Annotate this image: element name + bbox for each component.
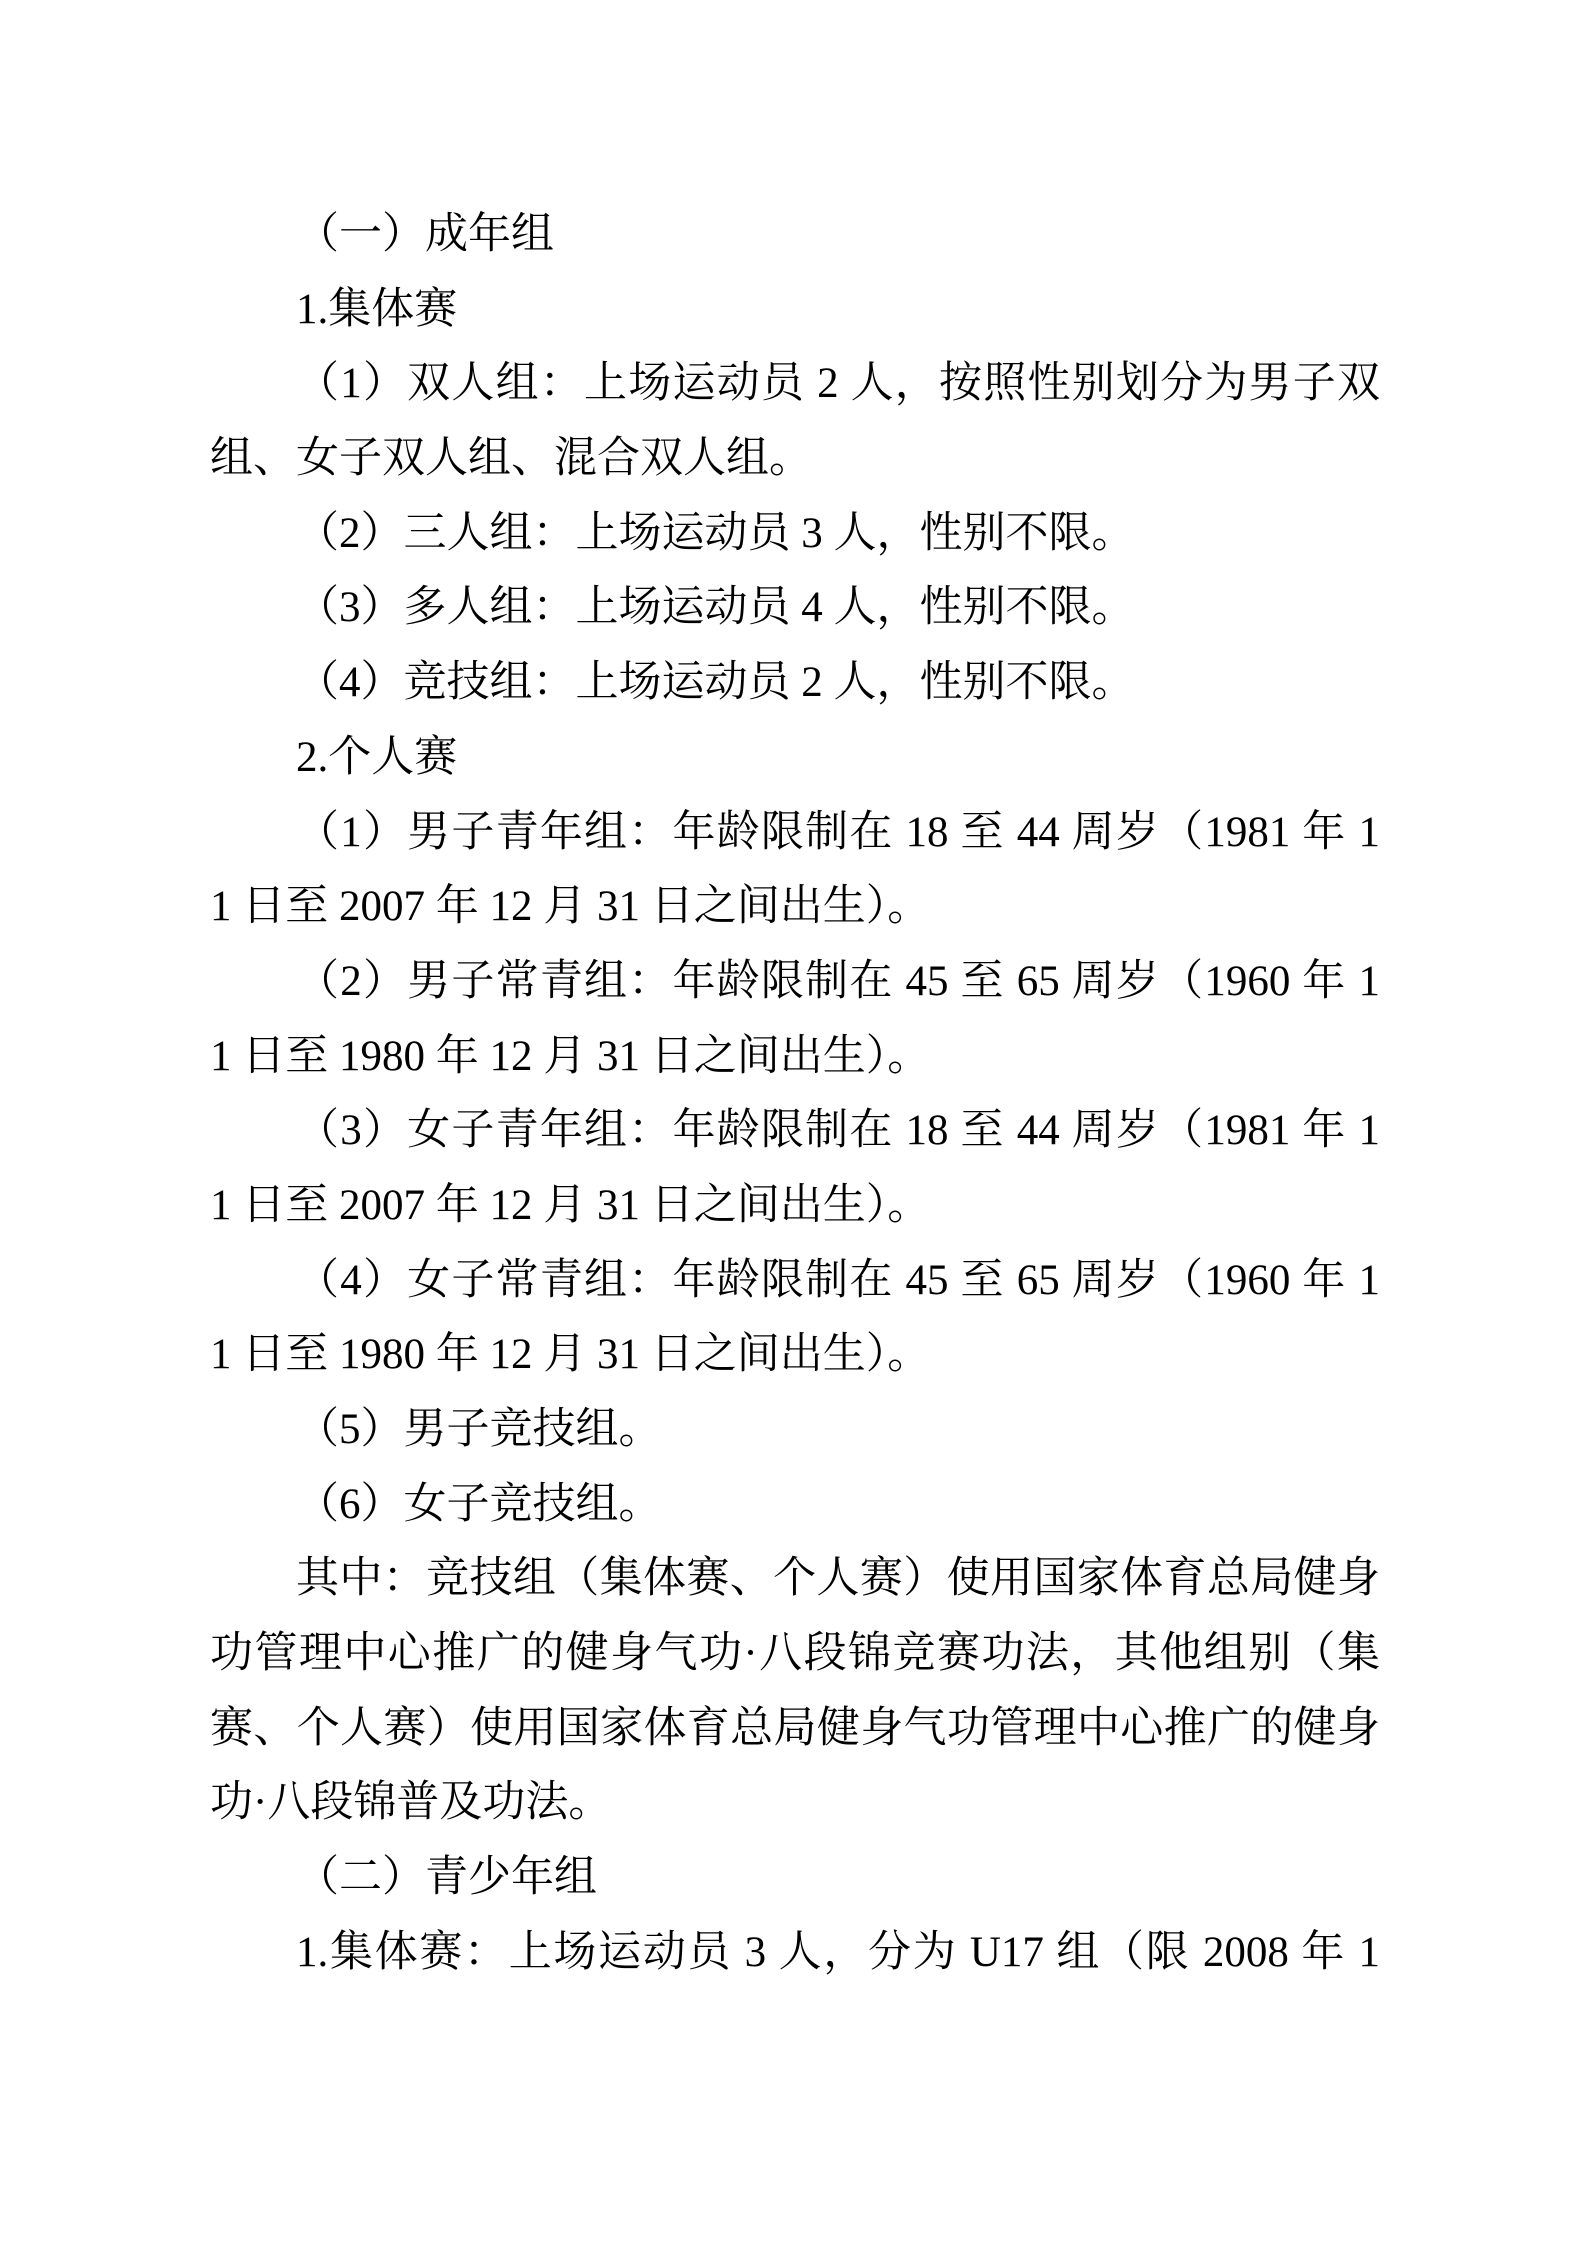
text-line: （3）多人组：上场运动员 4 人，性别不限。 <box>210 571 1380 646</box>
text-line: 1.集体赛：上场运动员 3 人，分为 U17 组（限 2008 年 1 月 <box>210 1916 1380 1991</box>
document-page: （一）成年组1.集体赛（1）双人组：上场运动员 2 人，按照性别划分为男子双人组… <box>0 0 1588 2245</box>
text-line: （1）男子青年组：年龄限制在 18 至 44 周岁（1981 年 1 月 <box>210 796 1380 871</box>
text-line: （2）男子常青组：年龄限制在 45 至 65 周岁（1960 年 1 月 <box>210 945 1380 1020</box>
text-line: 1 日至 2007 年 12 月 31 日之间出生）。 <box>210 870 1380 945</box>
text-line: 功·八段锦普及功法。 <box>210 1766 1380 1841</box>
text-line: （4）竞技组：上场运动员 2 人，性别不限。 <box>210 646 1380 721</box>
text-line: （5）男子竞技组。 <box>210 1393 1380 1468</box>
text-line: （6）女子竞技组。 <box>210 1468 1380 1543</box>
text-line: 2.个人赛 <box>210 721 1380 796</box>
text-line: （2）三人组：上场运动员 3 人，性别不限。 <box>210 497 1380 572</box>
text-line: 1 日至 2007 年 12 月 31 日之间出生）。 <box>210 1169 1380 1244</box>
text-line: 其中：竞技组（集体赛、个人赛）使用国家体育总局健身气 <box>210 1542 1380 1617</box>
text-line: （3）女子青年组：年龄限制在 18 至 44 周岁（1981 年 1 月 <box>210 1094 1380 1169</box>
text-line: 1 日至 1980 年 12 月 31 日之间出生）。 <box>210 1020 1380 1095</box>
text-line: （1）双人组：上场运动员 2 人，按照性别划分为男子双人 <box>210 347 1380 422</box>
text-line: 赛、个人赛）使用国家体育总局健身气功管理中心推广的健身气 <box>210 1692 1380 1767</box>
text-line: 组、女子双人组、混合双人组。 <box>210 422 1380 497</box>
section-heading: （二）青少年组 <box>210 1841 1380 1916</box>
text-line: 1 日至 1980 年 12 月 31 日之间出生）。 <box>210 1318 1380 1393</box>
text-line: 功管理中心推广的健身气功·八段锦竞赛功法，其他组别（集体 <box>210 1617 1380 1692</box>
document-body: （一）成年组1.集体赛（1）双人组：上场运动员 2 人，按照性别划分为男子双人组… <box>210 198 1380 1991</box>
text-line: 1.集体赛 <box>210 273 1380 348</box>
section-heading: （一）成年组 <box>210 198 1380 273</box>
text-line: （4）女子常青组：年龄限制在 45 至 65 周岁（1960 年 1 月 <box>210 1244 1380 1319</box>
